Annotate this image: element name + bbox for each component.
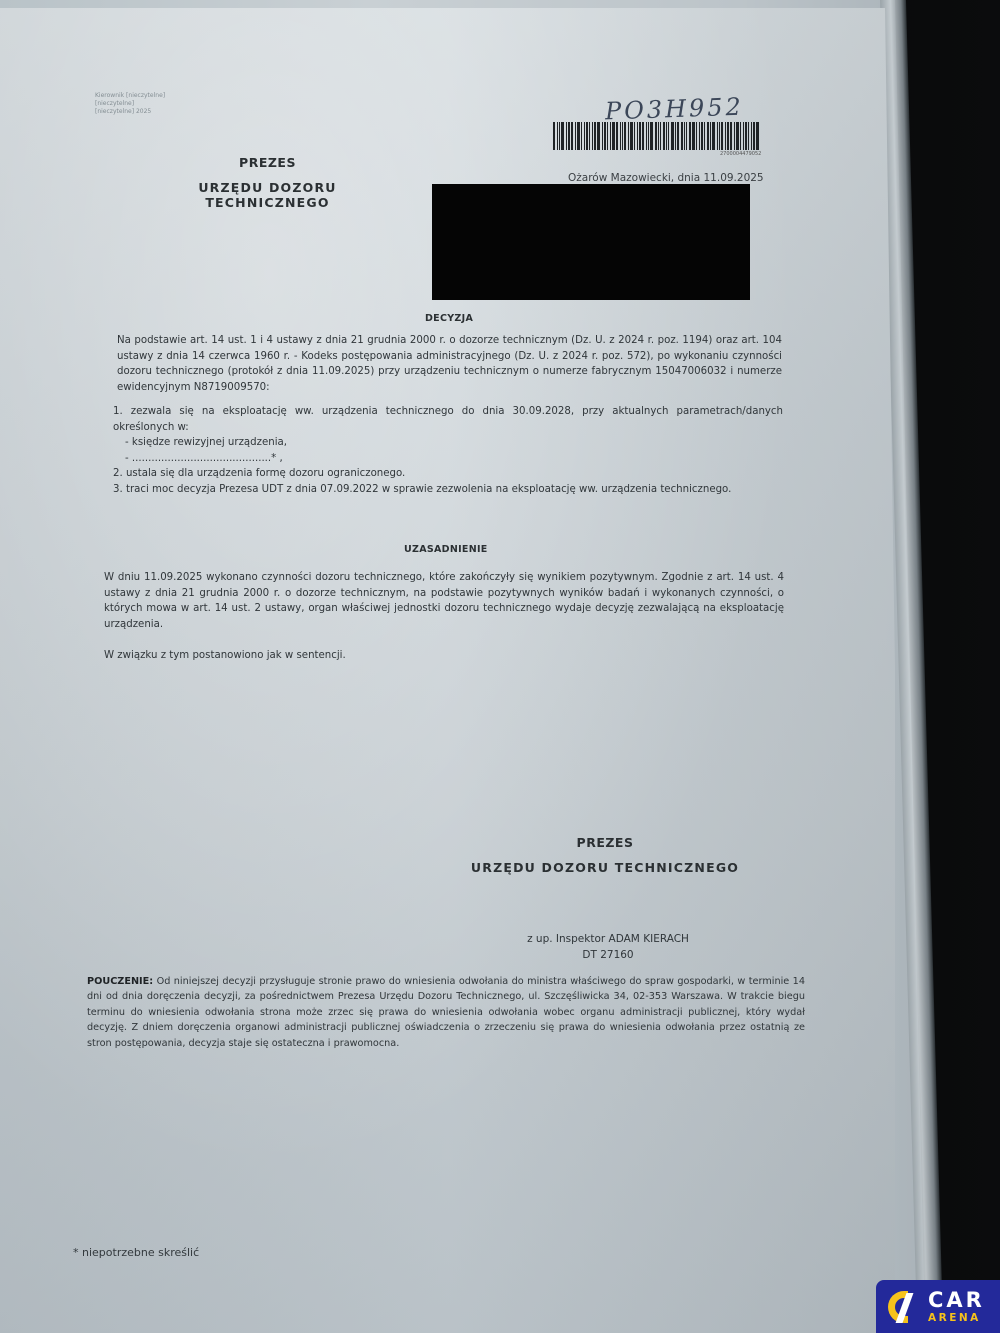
decision-item: 1. zezwala się na eksploatację ww. urząd…: [113, 404, 783, 435]
barcode-number: 2700004479052: [720, 151, 761, 157]
place-date: Ożarów Mazowiecki, dnia 11.09.2025: [568, 172, 764, 184]
inspector-id: DT 27160: [508, 947, 708, 963]
decision-title: DECYZJA: [425, 313, 473, 324]
decision-subitem: - księdze rewizyjnej urządzenia,: [113, 435, 783, 451]
issuer-header: PREZES URZĘDU DOZORU TECHNICZNEGO: [135, 155, 400, 210]
justification-body: W dniu 11.09.2025 wykonano czynności doz…: [104, 570, 784, 632]
inspector-block: z up. Inspektor ADAM KIERACH DT 27160: [508, 931, 708, 963]
stamp-line: [nieczytelne] 2025: [95, 108, 165, 116]
logo-text-car: CAR: [928, 1290, 985, 1311]
redacted-recipient-block: [432, 184, 750, 300]
small-stamp-text: Kierownik [nieczytelne] [nieczytelne] [n…: [95, 92, 165, 116]
car-arena-logo: CAR ARENA: [876, 1280, 1000, 1333]
justification-conclusion: W związku z tym postanowiono jak w sente…: [104, 648, 346, 664]
decision-item: 3. traci moc decyzja Prezesa UDT z dnia …: [113, 482, 783, 498]
footnote: * niepotrzebne skreślić: [73, 1246, 199, 1259]
instruction-block: POUCZENIE: Od niniejszej decyzji przysłu…: [87, 974, 805, 1051]
decision-items: 1. zezwala się na eksploatację ww. urząd…: [113, 404, 783, 497]
instruction-label: POUCZENIE:: [87, 976, 153, 987]
barcode: [553, 122, 781, 150]
decision-subitem: - ......................................…: [113, 451, 783, 467]
inspector-name: z up. Inspektor ADAM KIERACH: [508, 931, 708, 947]
justification-title: UZASADNIENIE: [404, 544, 488, 555]
signature-organization: URZĘDU DOZORU TECHNICZNEGO: [455, 860, 755, 875]
issuer-title: PREZES: [135, 155, 400, 170]
decision-intro: Na podstawie art. 14 ust. 1 i 4 ustawy z…: [117, 333, 782, 395]
signature-block: PREZES URZĘDU DOZORU TECHNICZNEGO: [455, 835, 755, 875]
issuer-organization: URZĘDU DOZORU TECHNICZNEGO: [135, 180, 400, 210]
instruction-text: Od niniejszej decyzji przysługuje stroni…: [87, 976, 805, 1049]
decision-item: 2. ustala się dla urządzenia formę dozor…: [113, 466, 783, 482]
car-arena-logo-icon: [888, 1289, 920, 1325]
signature-title: PREZES: [455, 835, 755, 850]
handwritten-note: PO3H952: [605, 93, 745, 126]
stamp-line: [nieczytelne]: [95, 100, 165, 108]
stamp-line: Kierownik [nieczytelne]: [95, 92, 165, 100]
logo-text-arena: ARENA: [928, 1313, 985, 1324]
